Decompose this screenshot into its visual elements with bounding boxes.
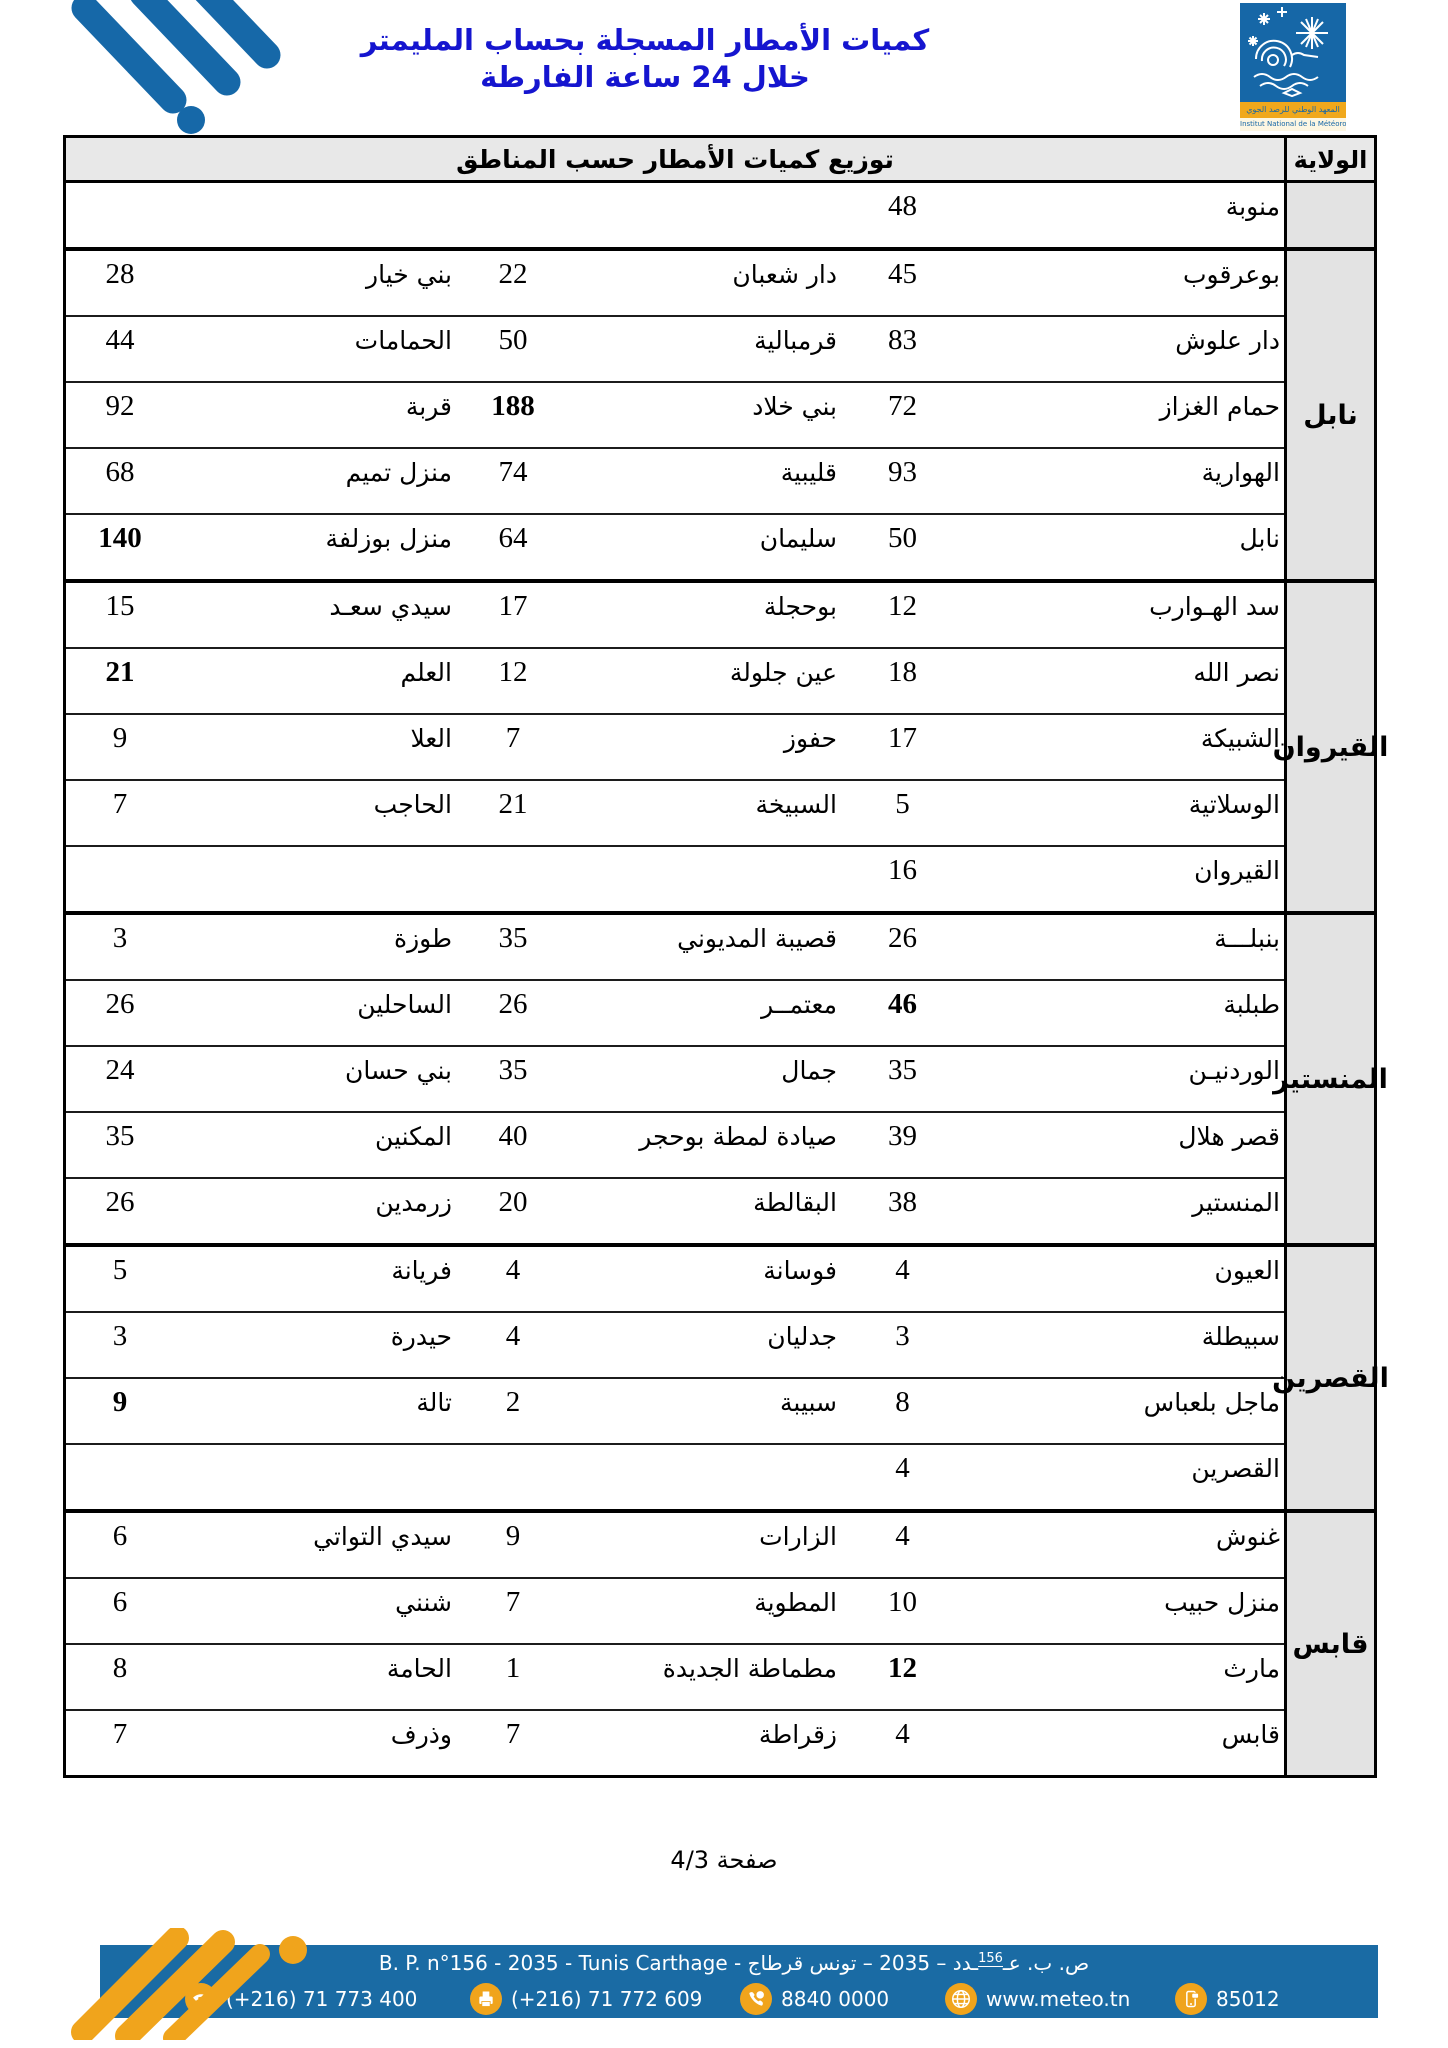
table-row: 140منزل بوزلفة64سليمان50نابل — [66, 513, 1284, 579]
station-value: 4 — [851, 1513, 954, 1577]
station-value: 35 — [66, 1113, 174, 1177]
station-value: 4 — [851, 1711, 954, 1775]
station-name: قصيبة المديوني — [560, 915, 851, 979]
table-section: 6سيدي التواتي9الزارات4غنوش6شنني7المطوية1… — [66, 1509, 1374, 1775]
station-name: سبيبة — [560, 1379, 851, 1443]
table-row: 48منوبة — [66, 183, 1284, 247]
station-value: 4 — [466, 1313, 560, 1377]
address-french: B. P. n°156 - 2035 - Tunis Carthage - — [379, 1951, 748, 1975]
station-value: 7 — [466, 1711, 560, 1775]
station-value: 20 — [466, 1179, 560, 1243]
table-row: 3طوزة35قصيبة المديوني26بنبلـــة — [66, 915, 1284, 979]
callcenter-icon — [740, 1983, 772, 2015]
station-value: 50 — [851, 515, 954, 579]
station-name: قصر هلال — [954, 1113, 1284, 1177]
station-name: قرمبالية — [560, 317, 851, 381]
station-value: 8 — [851, 1379, 954, 1443]
station-name: فوسانة — [560, 1247, 851, 1311]
station-name: جدليان — [560, 1313, 851, 1377]
station-value: 9 — [66, 715, 174, 779]
station-value: 16 — [851, 847, 954, 911]
station-value: 64 — [466, 515, 560, 579]
station-name: الساحلين — [174, 981, 466, 1045]
station-value: 3 — [66, 915, 174, 979]
station-value: 74 — [466, 449, 560, 513]
station-value: 12 — [851, 1645, 954, 1709]
contact-text: 85012 — [1216, 1987, 1280, 2011]
table-row: 24بني حسان35جمال35الوردنيـن — [66, 1045, 1284, 1111]
station-value: 35 — [466, 915, 560, 979]
station-name: المكنين — [174, 1113, 466, 1177]
station-name: معتمــر — [560, 981, 851, 1045]
station-name: البقالطة — [560, 1179, 851, 1243]
station-value — [466, 847, 560, 911]
station-value: 140 — [66, 515, 174, 579]
station-name: حمام الغزاز — [954, 383, 1284, 447]
station-value: 10 — [851, 1579, 954, 1643]
table-section: 5فريانة4فوسانة4العيون3حيدرة4جدليان3سبيطل… — [66, 1243, 1374, 1509]
station-value: 4 — [851, 1247, 954, 1311]
station-value: 6 — [66, 1579, 174, 1643]
station-value: 188 — [466, 383, 560, 447]
governorate-cell: نابل — [1284, 251, 1374, 579]
station-name: العيون — [954, 1247, 1284, 1311]
station-name: حيدرة — [174, 1313, 466, 1377]
station-name: قليبية — [560, 449, 851, 513]
inm-logo: المعهد الوطني للرصد الجوي Institut Natio… — [1240, 3, 1346, 131]
station-value: 9 — [466, 1513, 560, 1577]
station-name: قابس — [954, 1711, 1284, 1775]
station-value: 22 — [466, 251, 560, 315]
table-header-row: توزيع كميات الأمطار حسب المناطق الولاية — [66, 138, 1374, 183]
station-value: 35 — [851, 1047, 954, 1111]
station-value: 24 — [66, 1047, 174, 1111]
table-row: 6شنني7المطوية10منزل حبيب — [66, 1577, 1284, 1643]
station-name: سيدي سعـد — [174, 583, 466, 647]
station-value: 4 — [466, 1247, 560, 1311]
station-value — [66, 183, 174, 247]
station-name: جمال — [560, 1047, 851, 1111]
station-value: 28 — [66, 251, 174, 315]
table-row: 26زرمدين20البقالطة38المنستير — [66, 1177, 1284, 1243]
title-line-1: كميات الأمطار المسجلة بحساب المليمتر — [245, 22, 1045, 59]
station-name: منزل حبيب — [954, 1579, 1284, 1643]
station-value: 6 — [66, 1513, 174, 1577]
governorate-cell: القيروان — [1284, 583, 1374, 911]
station-value: 72 — [851, 383, 954, 447]
station-name: سبيطلة — [954, 1313, 1284, 1377]
station-name — [174, 847, 466, 911]
station-name: الوسلاتية — [954, 781, 1284, 845]
station-name: قربة — [174, 383, 466, 447]
station-name — [174, 1445, 466, 1509]
station-value: 26 — [66, 981, 174, 1045]
station-name: الوردنيـن — [954, 1047, 1284, 1111]
footer-stripes-logo — [55, 1928, 335, 2044]
station-name: بوعرقوب — [954, 251, 1284, 315]
station-name: بنبلـــة — [954, 915, 1284, 979]
inm-logo-french-caption: Institut National de la Météorologie — [1240, 118, 1346, 131]
station-value: 8 — [66, 1645, 174, 1709]
station-name: الحمامات — [174, 317, 466, 381]
station-name: الهوارية — [954, 449, 1284, 513]
station-value: 40 — [466, 1113, 560, 1177]
table-row: 9العلا7حفوز17الشبيكة — [66, 713, 1284, 779]
station-value: 7 — [66, 781, 174, 845]
station-value: 35 — [466, 1047, 560, 1111]
station-name: زقراطة — [560, 1711, 851, 1775]
station-value — [66, 1445, 174, 1509]
station-name: العلم — [174, 649, 466, 713]
station-value: 46 — [851, 981, 954, 1045]
station-name: منوبة — [954, 183, 1284, 247]
table-row: 3حيدرة4جدليان3سبيطلة — [66, 1311, 1284, 1377]
station-name: العلا — [174, 715, 466, 779]
station-value: 12 — [851, 583, 954, 647]
station-name: المنستير — [954, 1179, 1284, 1243]
table-section: 3طوزة35قصيبة المديوني26بنبلـــة26الساحلي… — [66, 911, 1374, 1243]
table-row: 4القصرين — [66, 1443, 1284, 1509]
globe-icon — [945, 1983, 977, 2015]
table-row: 35المكنين40صيادة لمطة بوحجر39قصر هلال — [66, 1111, 1284, 1177]
station-name — [560, 183, 851, 247]
contact-text: www.meteo.tn — [986, 1987, 1130, 2011]
table-section: 48منوبة — [66, 183, 1374, 247]
page-number: صفحة 4/3 — [0, 1846, 1448, 1874]
station-name: سليمان — [560, 515, 851, 579]
station-value: 18 — [851, 649, 954, 713]
station-name: بني خيار — [174, 251, 466, 315]
station-value — [66, 847, 174, 911]
station-name: زرمدين — [174, 1179, 466, 1243]
station-value: 1 — [466, 1645, 560, 1709]
station-name: ماجل بلعباس — [954, 1379, 1284, 1443]
station-value: 26 — [851, 915, 954, 979]
station-value: 12 — [466, 649, 560, 713]
table-row: 6سيدي التواتي9الزارات4غنوش — [66, 1513, 1284, 1577]
contact-item: 85012 — [1175, 1983, 1280, 2015]
station-name: منزل تميم — [174, 449, 466, 513]
contact-text: 8840 0000 — [781, 1987, 889, 2011]
station-name: الزارات — [560, 1513, 851, 1577]
station-name: تالة — [174, 1379, 466, 1443]
governorate-cell — [1284, 183, 1374, 247]
station-name: السبيخة — [560, 781, 851, 845]
page-title: كميات الأمطار المسجلة بحساب المليمتر خلا… — [245, 22, 1045, 96]
station-name: منزل بوزلفة — [174, 515, 466, 579]
station-value — [466, 1445, 560, 1509]
table-row: 44الحمامات50قرمبالية83دار علوش — [66, 315, 1284, 381]
station-name: بوحجلة — [560, 583, 851, 647]
governorate-header-cell: الولاية — [1284, 138, 1374, 180]
station-name: مارث — [954, 1645, 1284, 1709]
station-value: 92 — [66, 383, 174, 447]
station-value: 38 — [851, 1179, 954, 1243]
station-name: صيادة لمطة بوحجر — [560, 1113, 851, 1177]
orange-stripes-icon — [55, 1928, 335, 2040]
station-value: 21 — [66, 649, 174, 713]
table-row: 21العلم12عين جلولة18نصر الله — [66, 647, 1284, 713]
station-name: المطوية — [560, 1579, 851, 1643]
table-row: 26الساحلين26معتمــر46طبلبة — [66, 979, 1284, 1045]
station-value: 68 — [66, 449, 174, 513]
station-value: 45 — [851, 251, 954, 315]
table-section: 28بني خيار22دار شعبان45بوعرقوب44الحمامات… — [66, 247, 1374, 579]
station-value: 83 — [851, 317, 954, 381]
table-row: 92قربة188بني خلاد72حمام الغزاز — [66, 381, 1284, 447]
station-name: الحاجب — [174, 781, 466, 845]
station-name: الشبيكة — [954, 715, 1284, 779]
table-row: 8الحامة1مطماطة الجديدة12مارث — [66, 1643, 1284, 1709]
station-value: 93 — [851, 449, 954, 513]
station-value: 26 — [466, 981, 560, 1045]
table-row: 15سيدي سعـد17بوحجلة12سد الهـوارب — [66, 583, 1284, 647]
station-name: سيدي التواتي — [174, 1513, 466, 1577]
station-value: 44 — [66, 317, 174, 381]
rainfall-table: توزيع كميات الأمطار حسب المناطق الولاية … — [63, 135, 1377, 1778]
inm-logo-emblem — [1240, 3, 1346, 102]
station-value: 2 — [466, 1379, 560, 1443]
inm-logo-arabic-caption: المعهد الوطني للرصد الجوي — [1240, 102, 1346, 118]
governorate-cell: القصرين — [1284, 1247, 1374, 1509]
station-name: الحامة — [174, 1645, 466, 1709]
station-name: وذرف — [174, 1711, 466, 1775]
sms-icon — [1175, 1983, 1207, 2015]
station-value: 3 — [851, 1313, 954, 1377]
table-row: 9تالة2سبيبة8ماجل بلعباس — [66, 1377, 1284, 1443]
station-value: 9 — [66, 1379, 174, 1443]
station-name: طبلبة — [954, 981, 1284, 1045]
contact-item: www.meteo.tn — [945, 1983, 1130, 2015]
fax-icon — [470, 1983, 502, 2015]
station-name — [560, 847, 851, 911]
station-value: 7 — [466, 1579, 560, 1643]
contact-item: (+216) 71 772 609 — [470, 1983, 702, 2015]
table-row: 5فريانة4فوسانة4العيون — [66, 1247, 1284, 1311]
table-row: 7الحاجب21السبيخة5الوسلاتية — [66, 779, 1284, 845]
station-value: 7 — [66, 1711, 174, 1775]
table-row: 68منزل تميم74قليبية93الهوارية — [66, 447, 1284, 513]
station-name: بني حسان — [174, 1047, 466, 1111]
station-value: 26 — [66, 1179, 174, 1243]
station-value: 4 — [851, 1445, 954, 1509]
station-name — [560, 1445, 851, 1509]
station-name: طوزة — [174, 915, 466, 979]
contact-text: (+216) 71 772 609 — [511, 1987, 702, 2011]
station-value: 15 — [66, 583, 174, 647]
station-name: القصرين — [954, 1445, 1284, 1509]
station-value: 7 — [466, 715, 560, 779]
governorate-cell: المنستير — [1284, 915, 1374, 1243]
station-name: سد الهـوارب — [954, 583, 1284, 647]
station-name: مطماطة الجديدة — [560, 1645, 851, 1709]
table-row: 7وذرف7زقراطة4قابس — [66, 1709, 1284, 1775]
station-value: 48 — [851, 183, 954, 247]
station-name: بني خلاد — [560, 383, 851, 447]
station-name: غنوش — [954, 1513, 1284, 1577]
document-page: كميات الأمطار المسجلة بحساب المليمتر خلا… — [0, 0, 1448, 2048]
station-value — [466, 183, 560, 247]
station-value: 21 — [466, 781, 560, 845]
station-name: فريانة — [174, 1247, 466, 1311]
station-name: عين جلولة — [560, 649, 851, 713]
station-name: نابل — [954, 515, 1284, 579]
station-name: دار علوش — [954, 317, 1284, 381]
table-section: 15سيدي سعـد17بوحجلة12سد الهـوارب21العلم1… — [66, 579, 1374, 911]
governorate-cell: قابس — [1284, 1513, 1374, 1775]
station-name: شنني — [174, 1579, 466, 1643]
contact-item: 8840 0000 — [740, 1983, 889, 2015]
station-value: 5 — [66, 1247, 174, 1311]
station-value: 5 — [851, 781, 954, 845]
station-name — [174, 183, 466, 247]
rain-table-body: 48منوبة28بني خيار22دار شعبان45بوعرقوب44ا… — [66, 183, 1374, 1775]
distribution-header-cell: توزيع كميات الأمطار حسب المناطق — [66, 138, 1284, 180]
table-row: 28بني خيار22دار شعبان45بوعرقوب — [66, 251, 1284, 315]
station-value: 3 — [66, 1313, 174, 1377]
station-name: القيروان — [954, 847, 1284, 911]
station-value: 50 — [466, 317, 560, 381]
station-name: حفوز — [560, 715, 851, 779]
address-arabic: ص. ب. عـ156ـدد – 2035 – تونس قرطاج — [748, 1951, 1090, 1975]
table-row: 16القيروان — [66, 845, 1284, 911]
station-name: نصر الله — [954, 649, 1284, 713]
station-value: 39 — [851, 1113, 954, 1177]
station-name: دار شعبان — [560, 251, 851, 315]
title-line-2: خلال 24 ساعة الفارطة — [245, 59, 1045, 96]
station-value: 17 — [851, 715, 954, 779]
weather-emblem-icon — [1240, 3, 1346, 102]
station-value: 17 — [466, 583, 560, 647]
